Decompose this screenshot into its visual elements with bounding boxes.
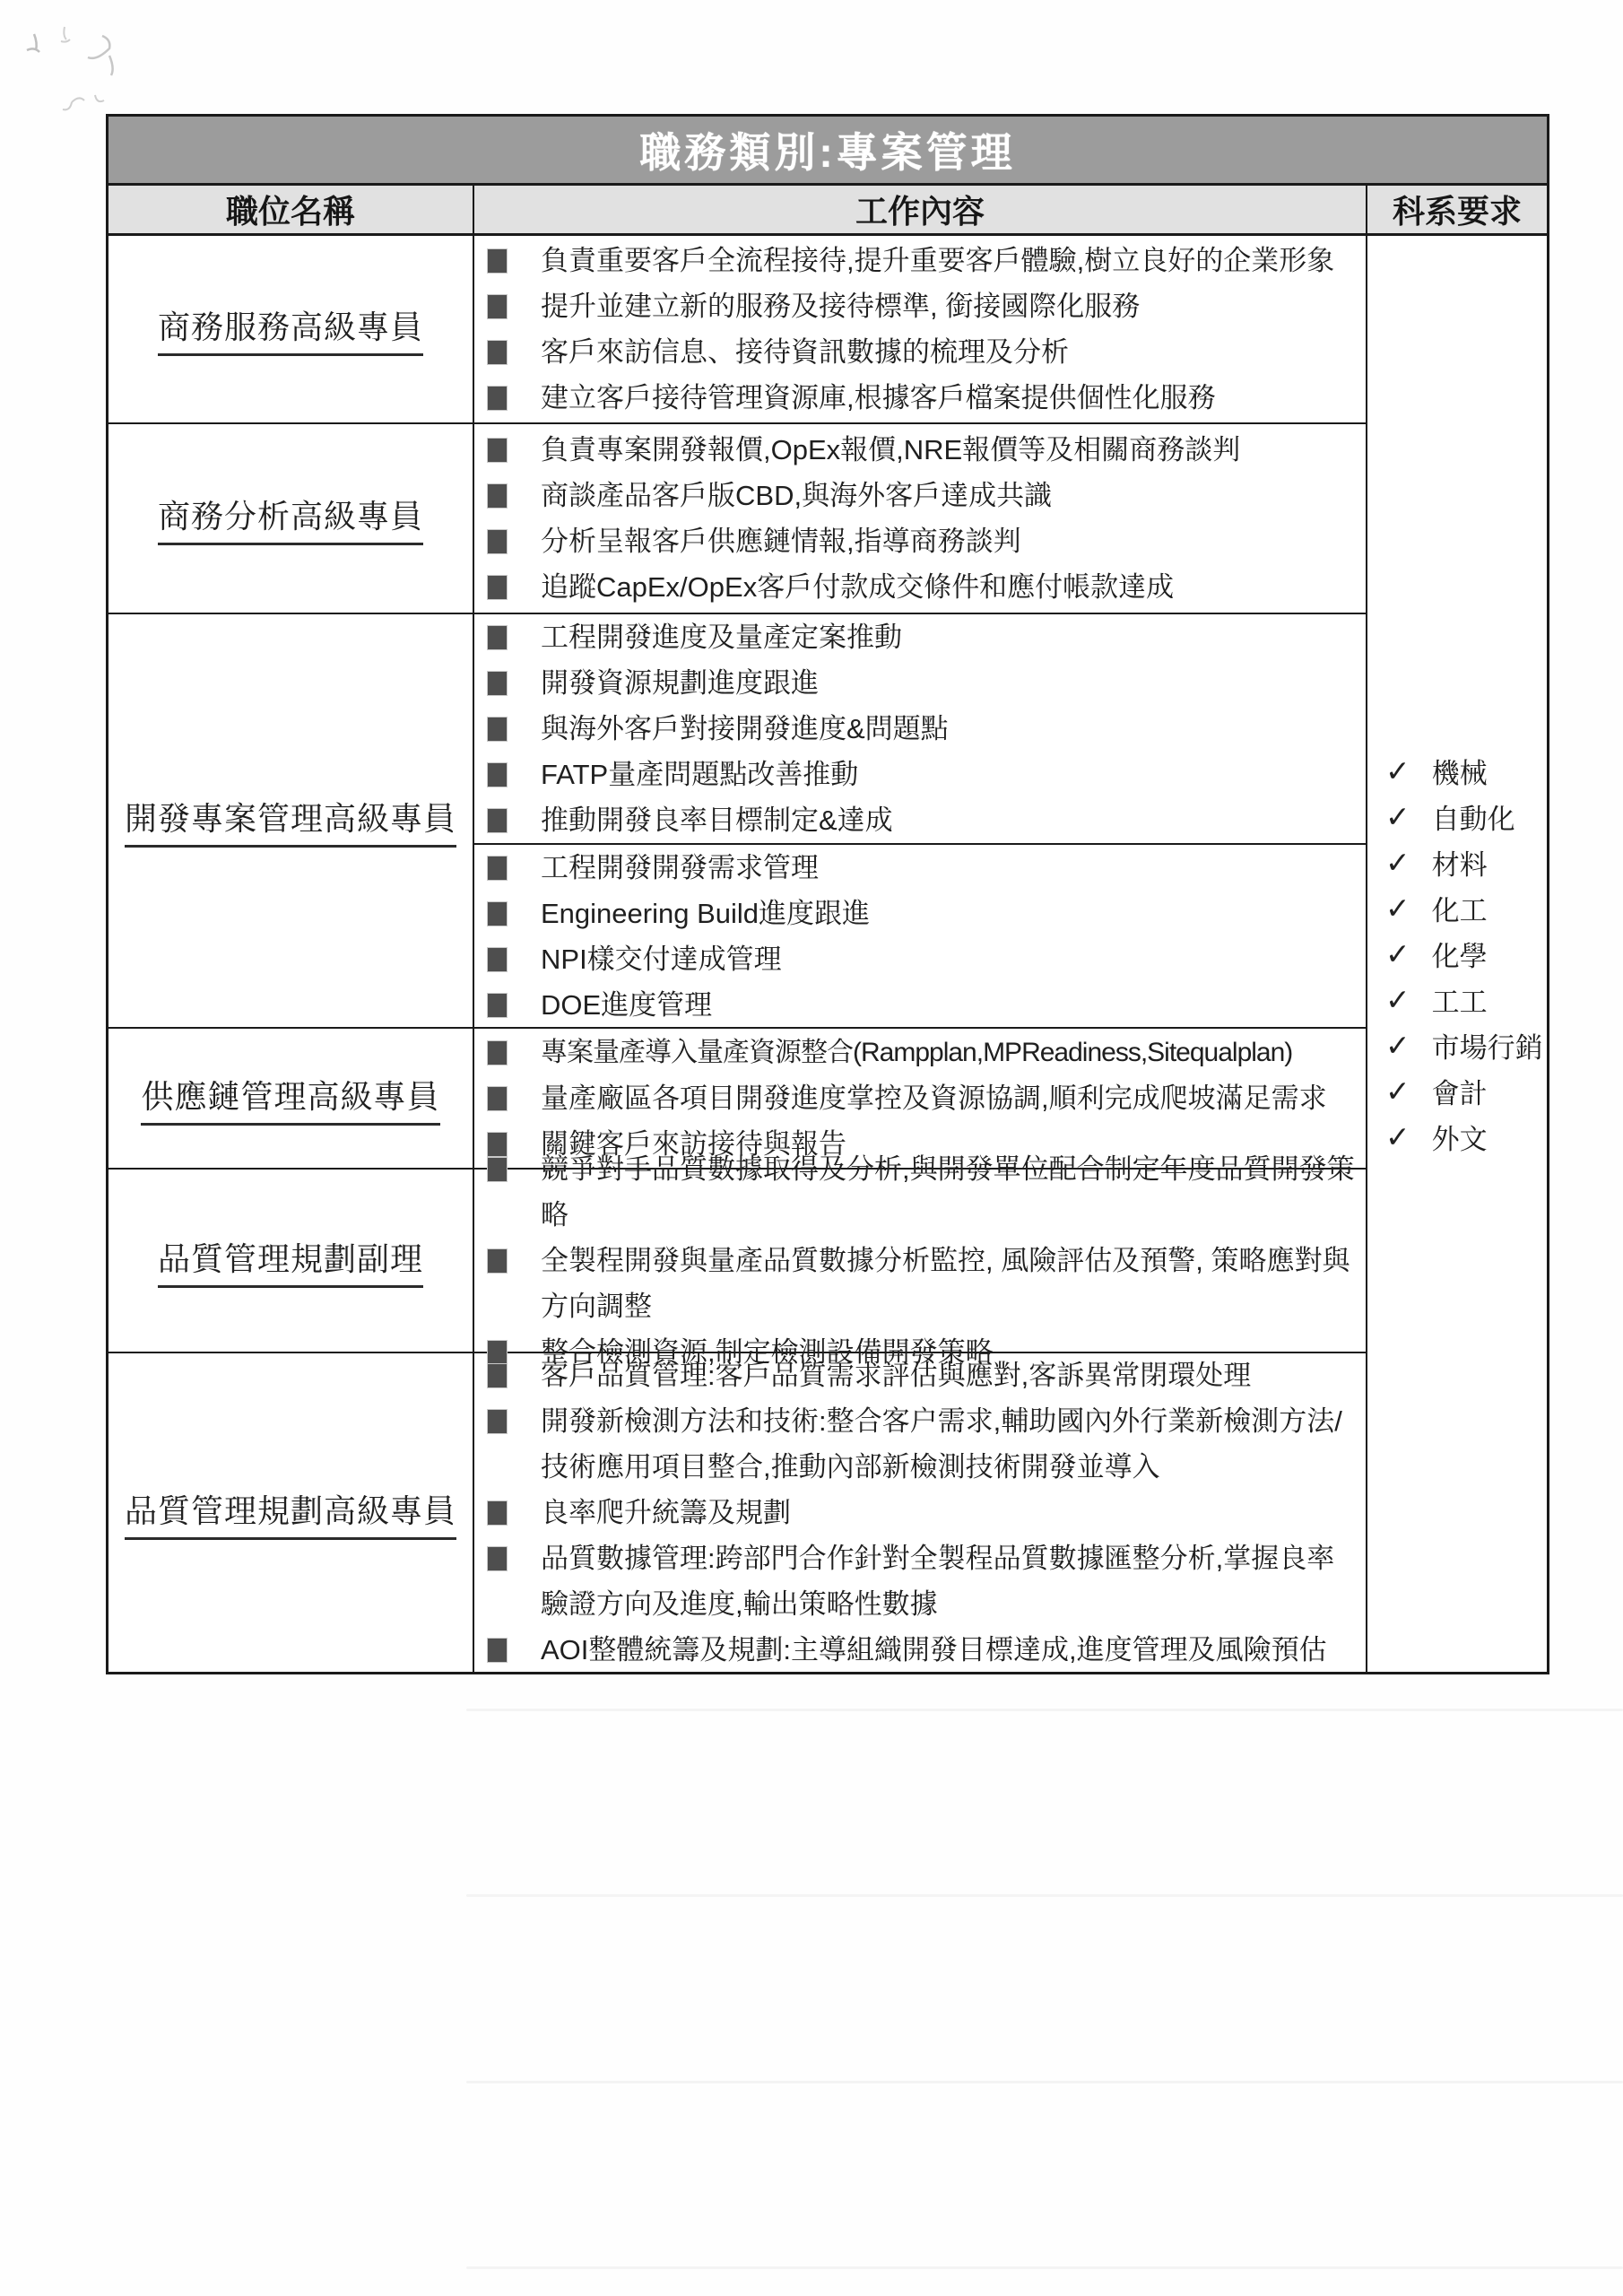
- duty-text: 良率爬升統籌及規劃: [541, 1490, 791, 1535]
- bullet-square-icon: [488, 576, 507, 599]
- duty-item: 分析呈報客戶供應鏈情報,指導商務談判: [488, 518, 1358, 564]
- job-category-table: 職務類別:專案管理 職位名稱 工作內容 科系要求 商務服務高級專員 負責重要客戶…: [106, 114, 1549, 1674]
- checkmark-icon: ✓: [1385, 891, 1410, 926]
- requirement-label: 會計: [1432, 1071, 1488, 1111]
- duty-text: 推動開發良率目標制定&達成: [541, 797, 893, 843]
- header-requirements: 科系要求: [1366, 186, 1547, 233]
- duty-item: 競爭對手品質數據取得及分析,與開發單位配合制定年度品質開發策略: [488, 1146, 1358, 1238]
- duty-text: 競爭對手品質數據取得及分析,與開發單位配合制定年度品質開發策略: [541, 1146, 1358, 1238]
- scan-streak: [466, 2266, 1623, 2269]
- duty-item: FATP量產問題點改善推動: [488, 752, 1358, 797]
- duty-item: NPI樣交付達成管理: [488, 936, 1358, 982]
- bullet-square-icon: [488, 626, 507, 649]
- duty-text: FATP量產問題點改善推動: [541, 752, 858, 797]
- duty-text: 品質數據管理:跨部門合作針對全製程品質數據匯整分析,掌握良率驗證方向及進度,輸出…: [541, 1535, 1358, 1627]
- requirement-item: ✓化工: [1367, 885, 1547, 931]
- checkmark-icon: ✓: [1385, 1119, 1410, 1154]
- duty-text: DOE進度管理: [541, 982, 712, 1028]
- requirement-label: 材料: [1432, 842, 1488, 883]
- bullet-square-icon: [488, 902, 507, 926]
- duty-text: AOI整體統籌及規劃:主導組織開發目標達成,進度管理及風險預估: [541, 1627, 1327, 1673]
- duty-item: 與海外客戶對接開發進度&問題點: [488, 706, 1358, 752]
- checkmark-icon: ✓: [1385, 845, 1410, 880]
- duties-subcell: 工程開發進度及量產定案推動 開發資源規劃進度跟進 與海外客戶對接開發進度&問題點…: [474, 614, 1366, 845]
- checkmark-icon: ✓: [1385, 799, 1410, 834]
- duties-stack: 工程開發進度及量產定案推動 開發資源規劃進度跟進 與海外客戶對接開發進度&問題點…: [474, 614, 1366, 1027]
- duty-item: 工程開發開發需求管理: [488, 845, 1358, 891]
- duty-text: 開發新檢測方法和技術:整合客户需求,輔助國內外行業新檢測方法/技術應用項目整合,…: [541, 1398, 1358, 1490]
- table-row: 品質管理規劃高級專員 客戶品質管理:客戶品質需求評估與應對,客訴異常閉環处理 開…: [108, 1353, 1366, 1672]
- duty-item: 開發資源規劃進度跟進: [488, 660, 1358, 706]
- duty-text: NPI樣交付達成管理: [541, 936, 782, 982]
- table-row: 商務服務高級專員 負責重要客戶全流程接待,提升重要客戶體驗,樹立良好的企業形象 …: [108, 236, 1366, 424]
- duty-text: 負責重要客戶全流程接待,提升重要客戶體驗,樹立良好的企業形象: [541, 238, 1334, 283]
- table-row: 商務分析高級專員 負責專案開發報價,OpEx報價,NRE報價等及相關商務談判 商…: [108, 424, 1366, 614]
- scan-streak: [466, 1709, 1623, 1711]
- bullet-square-icon: [488, 1041, 507, 1065]
- bullet-square-icon: [488, 717, 507, 741]
- duty-item: 品質數據管理:跨部門合作針對全製程品質數據匯整分析,掌握良率驗證方向及進度,輸出…: [488, 1535, 1358, 1627]
- duty-item: 商談產品客戶版CBD,與海外客戶達成共識: [488, 473, 1358, 518]
- scanned-document-page: 職務類別:專案管理 職位名稱 工作內容 科系要求 商務服務高級專員 負責重要客戶…: [0, 0, 1623, 2296]
- duty-text: 建立客戶接待管理資源庫,根據客戶檔案提供個性化服務: [541, 375, 1216, 421]
- table-title: 職務類別:專案管理: [639, 120, 1015, 179]
- requirement-item: ✓機械: [1367, 748, 1547, 794]
- duty-item: 負責重要客戶全流程接待,提升重要客戶體驗,樹立良好的企業形象: [488, 238, 1358, 283]
- duty-text: 工程開發進度及量產定案推動: [541, 614, 902, 660]
- header-position: 職位名稱: [108, 186, 474, 233]
- table-row: 開發專案管理高級專員 工程開發進度及量產定案推動 開發資源規劃進度跟進 與海外客…: [108, 614, 1366, 1029]
- bullet-square-icon: [488, 1410, 507, 1433]
- duty-item: 專案量產導入量產資源整合(Rampplan,MPReadiness,Sitequ…: [488, 1030, 1358, 1075]
- duties-subcell: 工程開發開發需求管理 Engineering Build進度跟進 NPI樣交付達…: [474, 845, 1366, 1028]
- duty-text: 負責專案開發報價,OpEx報價,NRE報價等及相關商務談判: [541, 427, 1240, 473]
- checkmark-icon: ✓: [1385, 1074, 1410, 1109]
- duty-item: 客戶品質管理:客戶品質需求評估與應對,客訴異常閉環处理: [488, 1352, 1358, 1398]
- position-cell: 開發專案管理高級專員: [108, 614, 474, 1027]
- requirement-item: ✓市場行銷: [1367, 1022, 1547, 1068]
- duty-item: 客戶來訪信息、接待資訊數據的梳理及分析: [488, 329, 1358, 375]
- duties-cell: 負責專案開發報價,OpEx報價,NRE報價等及相關商務談判 商談產品客戶版CBD…: [474, 424, 1366, 613]
- duty-text: Engineering Build進度跟進: [541, 891, 870, 936]
- duty-item: 量產廠區各項目開發進度掌控及資源協調,順利完成爬坡滿足需求: [488, 1075, 1358, 1121]
- table-title-bar: 職務類別:專案管理: [108, 117, 1547, 186]
- requirement-item: ✓工工: [1367, 977, 1547, 1022]
- duty-text: 工程開發開發需求管理: [541, 845, 819, 891]
- bullet-square-icon: [488, 809, 507, 832]
- checkmark-icon: ✓: [1385, 1028, 1410, 1063]
- duty-item: AOI整體統籌及規劃:主導組織開發目標達成,進度管理及風險預估: [488, 1627, 1358, 1673]
- position-label: 品質管理規劃副理: [158, 1234, 423, 1288]
- duty-text: 量產廠區各項目開發進度掌控及資源協調,順利完成爬坡滿足需求: [541, 1075, 1327, 1121]
- duty-text: 商談產品客戶版CBD,與海外客戶達成共識: [541, 473, 1052, 518]
- duty-item: 提升並建立新的服務及接待標準, 銜接國際化服務: [488, 283, 1358, 329]
- bullet-square-icon: [488, 948, 507, 971]
- position-label: 供應鏈管理高級專員: [141, 1072, 439, 1126]
- requirement-item: ✓會計: [1367, 1068, 1547, 1114]
- checkmark-icon: ✓: [1385, 982, 1410, 1017]
- requirement-item: ✓化學: [1367, 931, 1547, 977]
- header-duties: 工作內容: [474, 186, 1366, 233]
- bullet-square-icon: [488, 484, 507, 508]
- bullet-square-icon: [488, 1249, 507, 1273]
- requirement-label: 市場行銷: [1432, 1025, 1543, 1065]
- table-body: 商務服務高級專員 負責重要客戶全流程接待,提升重要客戶體驗,樹立良好的企業形象 …: [108, 236, 1547, 1672]
- checkmark-icon: ✓: [1385, 936, 1410, 971]
- position-cell: 供應鏈管理高級專員: [108, 1029, 474, 1168]
- bullet-square-icon: [488, 1547, 507, 1570]
- requirement-label: 化學: [1432, 934, 1488, 974]
- position-cell: 商務分析高級專員: [108, 424, 474, 613]
- bullet-square-icon: [488, 1158, 507, 1181]
- bullet-square-icon: [488, 1087, 507, 1110]
- requirement-label: 機械: [1432, 751, 1488, 791]
- position-label: 開發專案管理高級專員: [125, 794, 456, 848]
- requirement-label: 外文: [1432, 1117, 1488, 1157]
- bullet-square-icon: [488, 672, 507, 695]
- scan-streak: [466, 1894, 1623, 1897]
- requirement-label: 工工: [1432, 979, 1488, 1020]
- requirement-item: ✓材料: [1367, 839, 1547, 885]
- duties-cell: 負責重要客戶全流程接待,提升重要客戶體驗,樹立良好的企業形象 提升並建立新的服務…: [474, 236, 1366, 422]
- duty-item: 追蹤CapEx/OpEx客戶付款成交條件和應付帳款達成: [488, 564, 1358, 610]
- duty-item: 建立客戶接待管理資源庫,根據客戶檔案提供個性化服務: [488, 375, 1358, 421]
- duty-text: 分析呈報客戶供應鏈情報,指導商務談判: [541, 518, 1021, 564]
- duty-text: 客戶來訪信息、接待資訊數據的梳理及分析: [541, 329, 1069, 375]
- bullet-square-icon: [488, 249, 507, 273]
- duty-item: Engineering Build進度跟進: [488, 891, 1358, 936]
- bullet-square-icon: [488, 857, 507, 880]
- bullet-square-icon: [488, 1364, 507, 1387]
- checkmark-icon: ✓: [1385, 753, 1410, 788]
- duty-item: 工程開發進度及量產定案推動: [488, 614, 1358, 660]
- position-cell: 品質管理規劃副理: [108, 1170, 474, 1352]
- bullet-square-icon: [488, 994, 507, 1017]
- duty-item: 推動開發良率目標制定&達成: [488, 797, 1358, 843]
- requirement-label: 化工: [1432, 888, 1488, 928]
- duty-text: 客戶品質管理:客戶品質需求評估與應對,客訴異常閉環处理: [541, 1352, 1251, 1398]
- bullet-square-icon: [488, 439, 507, 462]
- position-label: 商務分析高級專員: [158, 491, 423, 545]
- duty-item: DOE進度管理: [488, 982, 1358, 1028]
- bullet-square-icon: [488, 763, 507, 787]
- requirement-item: ✓外文: [1367, 1114, 1547, 1160]
- table-row: 品質管理規劃副理 競爭對手品質數據取得及分析,與開發單位配合制定年度品質開發策略…: [108, 1170, 1366, 1353]
- scan-streak: [466, 2081, 1623, 2083]
- requirement-item: ✓自動化: [1367, 794, 1547, 839]
- bullet-square-icon: [488, 1501, 507, 1525]
- bullet-square-icon: [488, 387, 507, 410]
- duty-item: 開發新檢測方法和技術:整合客户需求,輔助國內外行業新檢測方法/技術應用項目整合,…: [488, 1398, 1358, 1490]
- duty-text: 與海外客戶對接開發進度&問題點: [541, 706, 949, 752]
- requirement-label: 自動化: [1432, 796, 1515, 837]
- duty-text: 全製程開發與量產品質數據分析監控, 風險評估及預警, 策略應對與方向調整: [541, 1238, 1358, 1329]
- duty-text: 專案量產導入量產資源整合(Rampplan,MPReadiness,Sitequ…: [541, 1030, 1292, 1075]
- position-cell: 商務服務高級專員: [108, 236, 474, 422]
- bullet-square-icon: [488, 1639, 507, 1662]
- duty-text: 提升並建立新的服務及接待標準, 銜接國際化服務: [541, 283, 1140, 329]
- bullet-square-icon: [488, 530, 507, 553]
- bullet-square-icon: [488, 341, 507, 364]
- duty-item: 全製程開發與量產品質數據分析監控, 風險評估及預警, 策略應對與方向調整: [488, 1238, 1358, 1329]
- duty-text: 追蹤CapEx/OpEx客戶付款成交條件和應付帳款達成: [541, 564, 1174, 610]
- duty-item: 負責專案開發報價,OpEx報價,NRE報價等及相關商務談判: [488, 427, 1358, 473]
- requirements-cell: ✓機械 ✓自動化 ✓材料 ✓化工 ✓化學 ✓工工 ✓市場行銷 ✓會計 ✓外文: [1366, 236, 1547, 1672]
- position-label: 品質管理規劃高級專員: [125, 1486, 456, 1540]
- table-header-row: 職位名稱 工作內容 科系要求: [108, 186, 1547, 236]
- position-label: 商務服務高級專員: [158, 302, 423, 356]
- duty-text: 開發資源規劃進度跟進: [541, 660, 819, 706]
- duty-item: 良率爬升統籌及規劃: [488, 1490, 1358, 1535]
- position-cell: 品質管理規劃高級專員: [108, 1353, 474, 1672]
- bullet-square-icon: [488, 295, 507, 318]
- table-left-columns: 商務服務高級專員 負責重要客戶全流程接待,提升重要客戶體驗,樹立良好的企業形象 …: [108, 236, 1366, 1672]
- duties-cell: 客戶品質管理:客戶品質需求評估與應對,客訴異常閉環处理 開發新檢測方法和技術:整…: [474, 1353, 1366, 1672]
- duties-cell: 競爭對手品質數據取得及分析,與開發單位配合制定年度品質開發策略 全製程開發與量產…: [474, 1170, 1366, 1352]
